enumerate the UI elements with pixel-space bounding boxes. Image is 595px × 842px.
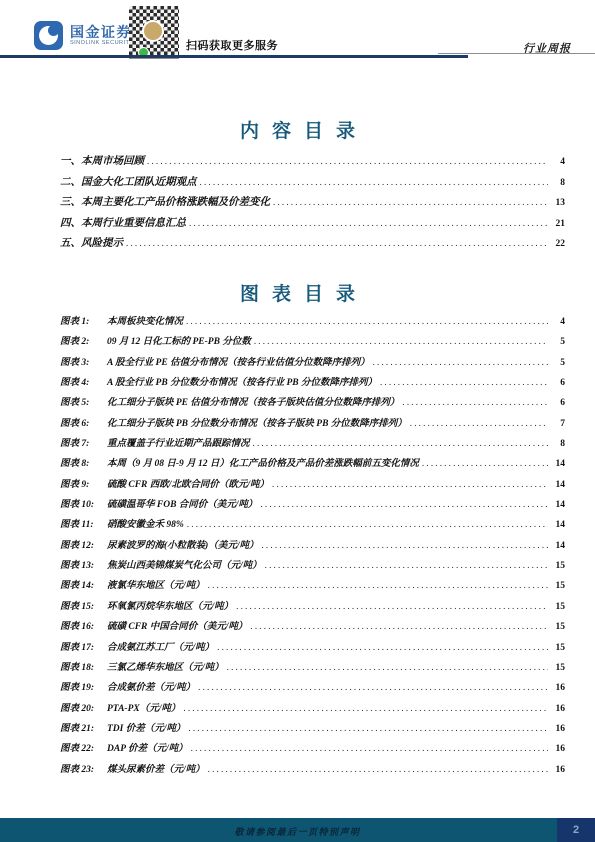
- figure-entry-page: 14: [551, 480, 565, 490]
- dot-leader: [186, 316, 548, 326]
- figure-entry-page: 15: [551, 602, 565, 612]
- figure-entry[interactable]: 图表 7: 重点覆盖子行业近期产品跟踪情况 8: [60, 435, 565, 455]
- figure-entry-label: 图表 11:: [60, 516, 107, 530]
- dot-leader: [188, 723, 548, 733]
- figure-entry[interactable]: 图表 5: 化工细分子版块 PE 估值分布情况（按各子版块估值分位数降序排列） …: [60, 394, 565, 414]
- dot-leader: [227, 662, 548, 672]
- dot-leader: [187, 519, 548, 529]
- figure-entry-page: 16: [551, 704, 565, 714]
- sinolink-logo: 国金证券 SINOLINK SECURITIES: [34, 21, 140, 50]
- figure-entry-title: TDI 价差（元/吨）: [107, 720, 185, 734]
- toc-entry-page: 4: [551, 157, 565, 167]
- figure-entry[interactable]: 图表 2: 09 月 12 日化工标的 PE-PB 分位数 5: [60, 333, 565, 353]
- dot-leader: [272, 479, 548, 489]
- figure-entry[interactable]: 图表 6: 化工细分子版块 PB 分位数分布情况（按各子版块 PB 分位数降序排…: [60, 415, 565, 435]
- figures-section-title: 图表目录: [0, 279, 595, 306]
- figure-entry-label: 图表 15:: [60, 598, 107, 612]
- toc-entry[interactable]: 一、本周市场回顾 4: [60, 153, 565, 174]
- figure-entry[interactable]: 图表 20: PTA-PX（元/吨） 16: [60, 700, 565, 720]
- figure-entry-page: 15: [551, 643, 565, 653]
- dot-leader: [208, 764, 548, 774]
- figure-entry-label: 图表 10:: [60, 496, 107, 510]
- figure-entry[interactable]: 图表 9: 硫酸 CFR 西欧/北欧合同价（欧元/吨） 14: [60, 476, 565, 496]
- figure-list: 图表 1: 本周板块变化情况 4 图表 2: 09 月 12 日化工标的 PE-…: [60, 313, 565, 781]
- report-page: 国金证券 SINOLINK SECURITIES 扫码获取更多服务 行业周报 内…: [0, 0, 595, 842]
- figure-entry-label: 图表 2:: [60, 333, 107, 347]
- figure-entry-page: 15: [551, 581, 565, 591]
- figure-entry[interactable]: 图表 3: A 股全行业 PE 估值分布情况（按各行业估值分位数降序排列） 5: [60, 354, 565, 374]
- figure-entry-title: 化工细分子版块 PB 分位数分布情况（按各子版块 PB 分位数降序排列）: [107, 415, 407, 429]
- dot-leader: [402, 397, 548, 407]
- figure-entry-page: 14: [551, 459, 565, 469]
- figure-entry[interactable]: 图表 15: 环氧氯丙烷华东地区（元/吨） 15: [60, 598, 565, 618]
- toc-entry-page: 8: [551, 178, 565, 188]
- figure-entry-label: 图表 19:: [60, 679, 107, 693]
- figure-entry-page: 15: [551, 561, 565, 571]
- figure-entry-title: A 股全行业 PB 分位数分布情况（按各行业 PB 分位数降序排列）: [107, 374, 377, 388]
- toc-entry-label: 二、国金大化工团队近期观点: [60, 174, 197, 189]
- dot-leader: [147, 156, 548, 166]
- dot-leader: [236, 601, 548, 611]
- dot-leader: [261, 540, 548, 550]
- figure-entry[interactable]: 图表 14: 液氯华东地区（元/吨） 15: [60, 577, 565, 597]
- figure-entry-title: DAP 价差（元/吨）: [107, 740, 188, 754]
- figure-entry-page: 16: [551, 683, 565, 693]
- figure-entry-label: 图表 13:: [60, 557, 107, 571]
- dot-leader: [380, 377, 548, 387]
- figure-entry-title: 合成氨价差（元/吨）: [107, 679, 195, 693]
- dot-leader: [273, 197, 548, 207]
- figure-entry[interactable]: 图表 18: 三氯乙烯华东地区（元/吨） 15: [60, 659, 565, 679]
- figure-entry-title: 焦炭山西美锦煤炭气化公司（元/吨）: [107, 557, 262, 571]
- toc-entry-label: 四、本周行业重要信息汇总: [60, 215, 186, 230]
- figure-entry-label: 图表 22:: [60, 740, 107, 754]
- figure-entry-page: 16: [551, 765, 565, 775]
- figure-entry-title: 煤头尿素价差（元/吨）: [107, 761, 205, 775]
- dot-leader: [260, 499, 548, 509]
- figure-entry-page: 5: [551, 358, 565, 368]
- figure-entry-label: 图表 14:: [60, 577, 107, 591]
- figure-entry-label: 图表 9:: [60, 476, 107, 490]
- dot-leader: [217, 642, 548, 652]
- dot-leader: [373, 357, 548, 367]
- figure-entry-label: 图表 7:: [60, 435, 107, 449]
- qr-code: [129, 6, 179, 59]
- figure-entry-page: 16: [551, 724, 565, 734]
- figure-entry-page: 6: [551, 398, 565, 408]
- figure-entry[interactable]: 图表 11: 硝酸安徽金禾 98% 14: [60, 516, 565, 536]
- dot-leader: [265, 560, 548, 570]
- figure-entry-title: 化工细分子版块 PE 估值分布情况（按各子版块估值分位数降序排列）: [107, 394, 399, 408]
- figure-entry-page: 6: [551, 378, 565, 388]
- figure-entry[interactable]: 图表 16: 硫磺 CFR 中国合同价（美元/吨） 15: [60, 618, 565, 638]
- figure-entry-title: 尿素波罗的海(小粒散装)（美元/吨）: [107, 537, 258, 551]
- figure-entry[interactable]: 图表 10: 硫磺温哥华 FOB 合同价（美元/吨） 14: [60, 496, 565, 516]
- figure-entry-title: 环氧氯丙烷华东地区（元/吨）: [107, 598, 233, 612]
- figure-entry-page: 15: [551, 622, 565, 632]
- figure-entry-label: 图表 21:: [60, 720, 107, 734]
- figure-entry-label: 图表 12:: [60, 537, 107, 551]
- figure-entry-title: 本周板块变化情况: [107, 313, 183, 327]
- page-number-badge: 2: [557, 818, 595, 842]
- figure-entry-page: 14: [551, 500, 565, 510]
- dot-leader: [422, 458, 548, 468]
- dot-leader: [254, 336, 548, 346]
- dot-leader: [183, 703, 548, 713]
- toc-entry[interactable]: 五、风险提示 22: [60, 235, 565, 256]
- toc-section-title: 内容目录: [0, 116, 595, 143]
- figure-entry-label: 图表 8:: [60, 455, 107, 469]
- header-rule: [0, 55, 468, 58]
- dot-leader: [253, 438, 548, 448]
- figure-entry[interactable]: 图表 23: 煤头尿素价差（元/吨） 16: [60, 761, 565, 781]
- figure-entry-title: 本周（9 月 08 日-9 月 12 日）化工产品价格及产品价差涨跌幅前五变化情…: [107, 455, 419, 469]
- qr-brand-badge-icon: [142, 20, 164, 42]
- figure-entry[interactable]: 图表 13: 焦炭山西美锦煤炭气化公司（元/吨） 15: [60, 557, 565, 577]
- toc-entry-label: 一、本周市场回顾: [60, 153, 144, 168]
- toc-entry[interactable]: 二、国金大化工团队近期观点 8: [60, 174, 565, 195]
- figure-entry-label: 图表 6:: [60, 415, 107, 429]
- figure-entry-label: 图表 18:: [60, 659, 107, 673]
- figure-entry-title: 09 月 12 日化工标的 PE-PB 分位数: [107, 333, 251, 347]
- dot-leader: [191, 743, 548, 753]
- figure-entry-title: 硫酸 CFR 西欧/北欧合同价（欧元/吨）: [107, 476, 269, 490]
- figure-entry-title: 合成氨江苏工厂（元/吨）: [107, 639, 214, 653]
- figure-entry-page: 7: [551, 419, 565, 429]
- figure-entry[interactable]: 图表 1: 本周板块变化情况 4: [60, 313, 565, 333]
- figure-entry[interactable]: 图表 21: TDI 价差（元/吨） 16: [60, 720, 565, 740]
- figure-entry-title: 硫磺 CFR 中国合同价（美元/吨）: [107, 618, 247, 632]
- figure-entry-title: PTA-PX（元/吨）: [107, 700, 180, 714]
- figure-entry[interactable]: 图表 8: 本周（9 月 08 日-9 月 12 日）化工产品价格及产品价差涨跌…: [60, 455, 565, 475]
- header-rule-thin: [438, 53, 595, 54]
- figure-entry-page: 4: [551, 317, 565, 327]
- dot-leader: [410, 418, 548, 428]
- figure-entry-label: 图表 3:: [60, 354, 107, 368]
- toc-entry-label: 五、风险提示: [60, 235, 123, 250]
- figure-entry[interactable]: 图表 17: 合成氨江苏工厂（元/吨） 15: [60, 639, 565, 659]
- figure-entry-label: 图表 4:: [60, 374, 107, 388]
- figure-entry-page: 15: [551, 663, 565, 673]
- footer-disclaimer: 敬请参阅最后一页特别声明: [0, 825, 595, 838]
- figure-entry[interactable]: 图表 4: A 股全行业 PB 分位数分布情况（按各行业 PB 分位数降序排列）…: [60, 374, 565, 394]
- qr-caption: 扫码获取更多服务: [186, 37, 278, 53]
- figure-entry-title: 硫磺温哥华 FOB 合同价（美元/吨）: [107, 496, 257, 510]
- toc-entry-page: 13: [551, 198, 565, 208]
- figure-entry-label: 图表 20:: [60, 700, 107, 714]
- dot-leader: [198, 682, 548, 692]
- figure-entry[interactable]: 图表 12: 尿素波罗的海(小粒散装)（美元/吨） 14: [60, 537, 565, 557]
- figure-entry[interactable]: 图表 19: 合成氨价差（元/吨） 16: [60, 679, 565, 699]
- toc-entry-label: 三、本周主要化工产品价格涨跌幅及价差变化: [60, 194, 270, 209]
- figure-entry-page: 14: [551, 520, 565, 530]
- figure-entry-label: 图表 16:: [60, 618, 107, 632]
- dot-leader: [126, 238, 548, 248]
- figure-entry-label: 图表 1:: [60, 313, 107, 327]
- figure-entry-label: 图表 17:: [60, 639, 107, 653]
- page-footer: 敬请参阅最后一页特别声明 2: [0, 818, 595, 842]
- toc-list: 一、本周市场回顾 4 二、国金大化工团队近期观点 8 三、本周主要化工产品价格涨…: [60, 153, 565, 256]
- dot-leader: [208, 580, 548, 590]
- figure-entry[interactable]: 图表 22: DAP 价差（元/吨） 16: [60, 740, 565, 760]
- sinolink-logo-icon: [34, 21, 63, 50]
- figure-entry-title: 液氯华东地区（元/吨）: [107, 577, 205, 591]
- figure-entry-page: 8: [551, 439, 565, 449]
- toc-entry[interactable]: 三、本周主要化工产品价格涨跌幅及价差变化 13: [60, 194, 565, 215]
- figure-entry-page: 14: [551, 541, 565, 551]
- dot-leader: [189, 218, 548, 228]
- figure-entry-page: 5: [551, 337, 565, 347]
- figure-entry-title: 重点覆盖子行业近期产品跟踪情况: [107, 435, 250, 449]
- figure-entry-page: 16: [551, 744, 565, 754]
- figure-entry-title: 三氯乙烯华东地区（元/吨）: [107, 659, 224, 673]
- dot-leader: [200, 177, 549, 187]
- figure-entry-title: 硝酸安徽金禾 98%: [107, 516, 184, 530]
- figure-entry-title: A 股全行业 PE 估值分布情况（按各行业估值分位数降序排列）: [107, 354, 370, 368]
- toc-entry[interactable]: 四、本周行业重要信息汇总 21: [60, 215, 565, 236]
- figure-entry-label: 图表 5:: [60, 394, 107, 408]
- dot-leader: [250, 621, 548, 631]
- figure-entry-label: 图表 23:: [60, 761, 107, 775]
- toc-entry-page: 21: [551, 219, 565, 229]
- toc-entry-page: 22: [551, 239, 565, 249]
